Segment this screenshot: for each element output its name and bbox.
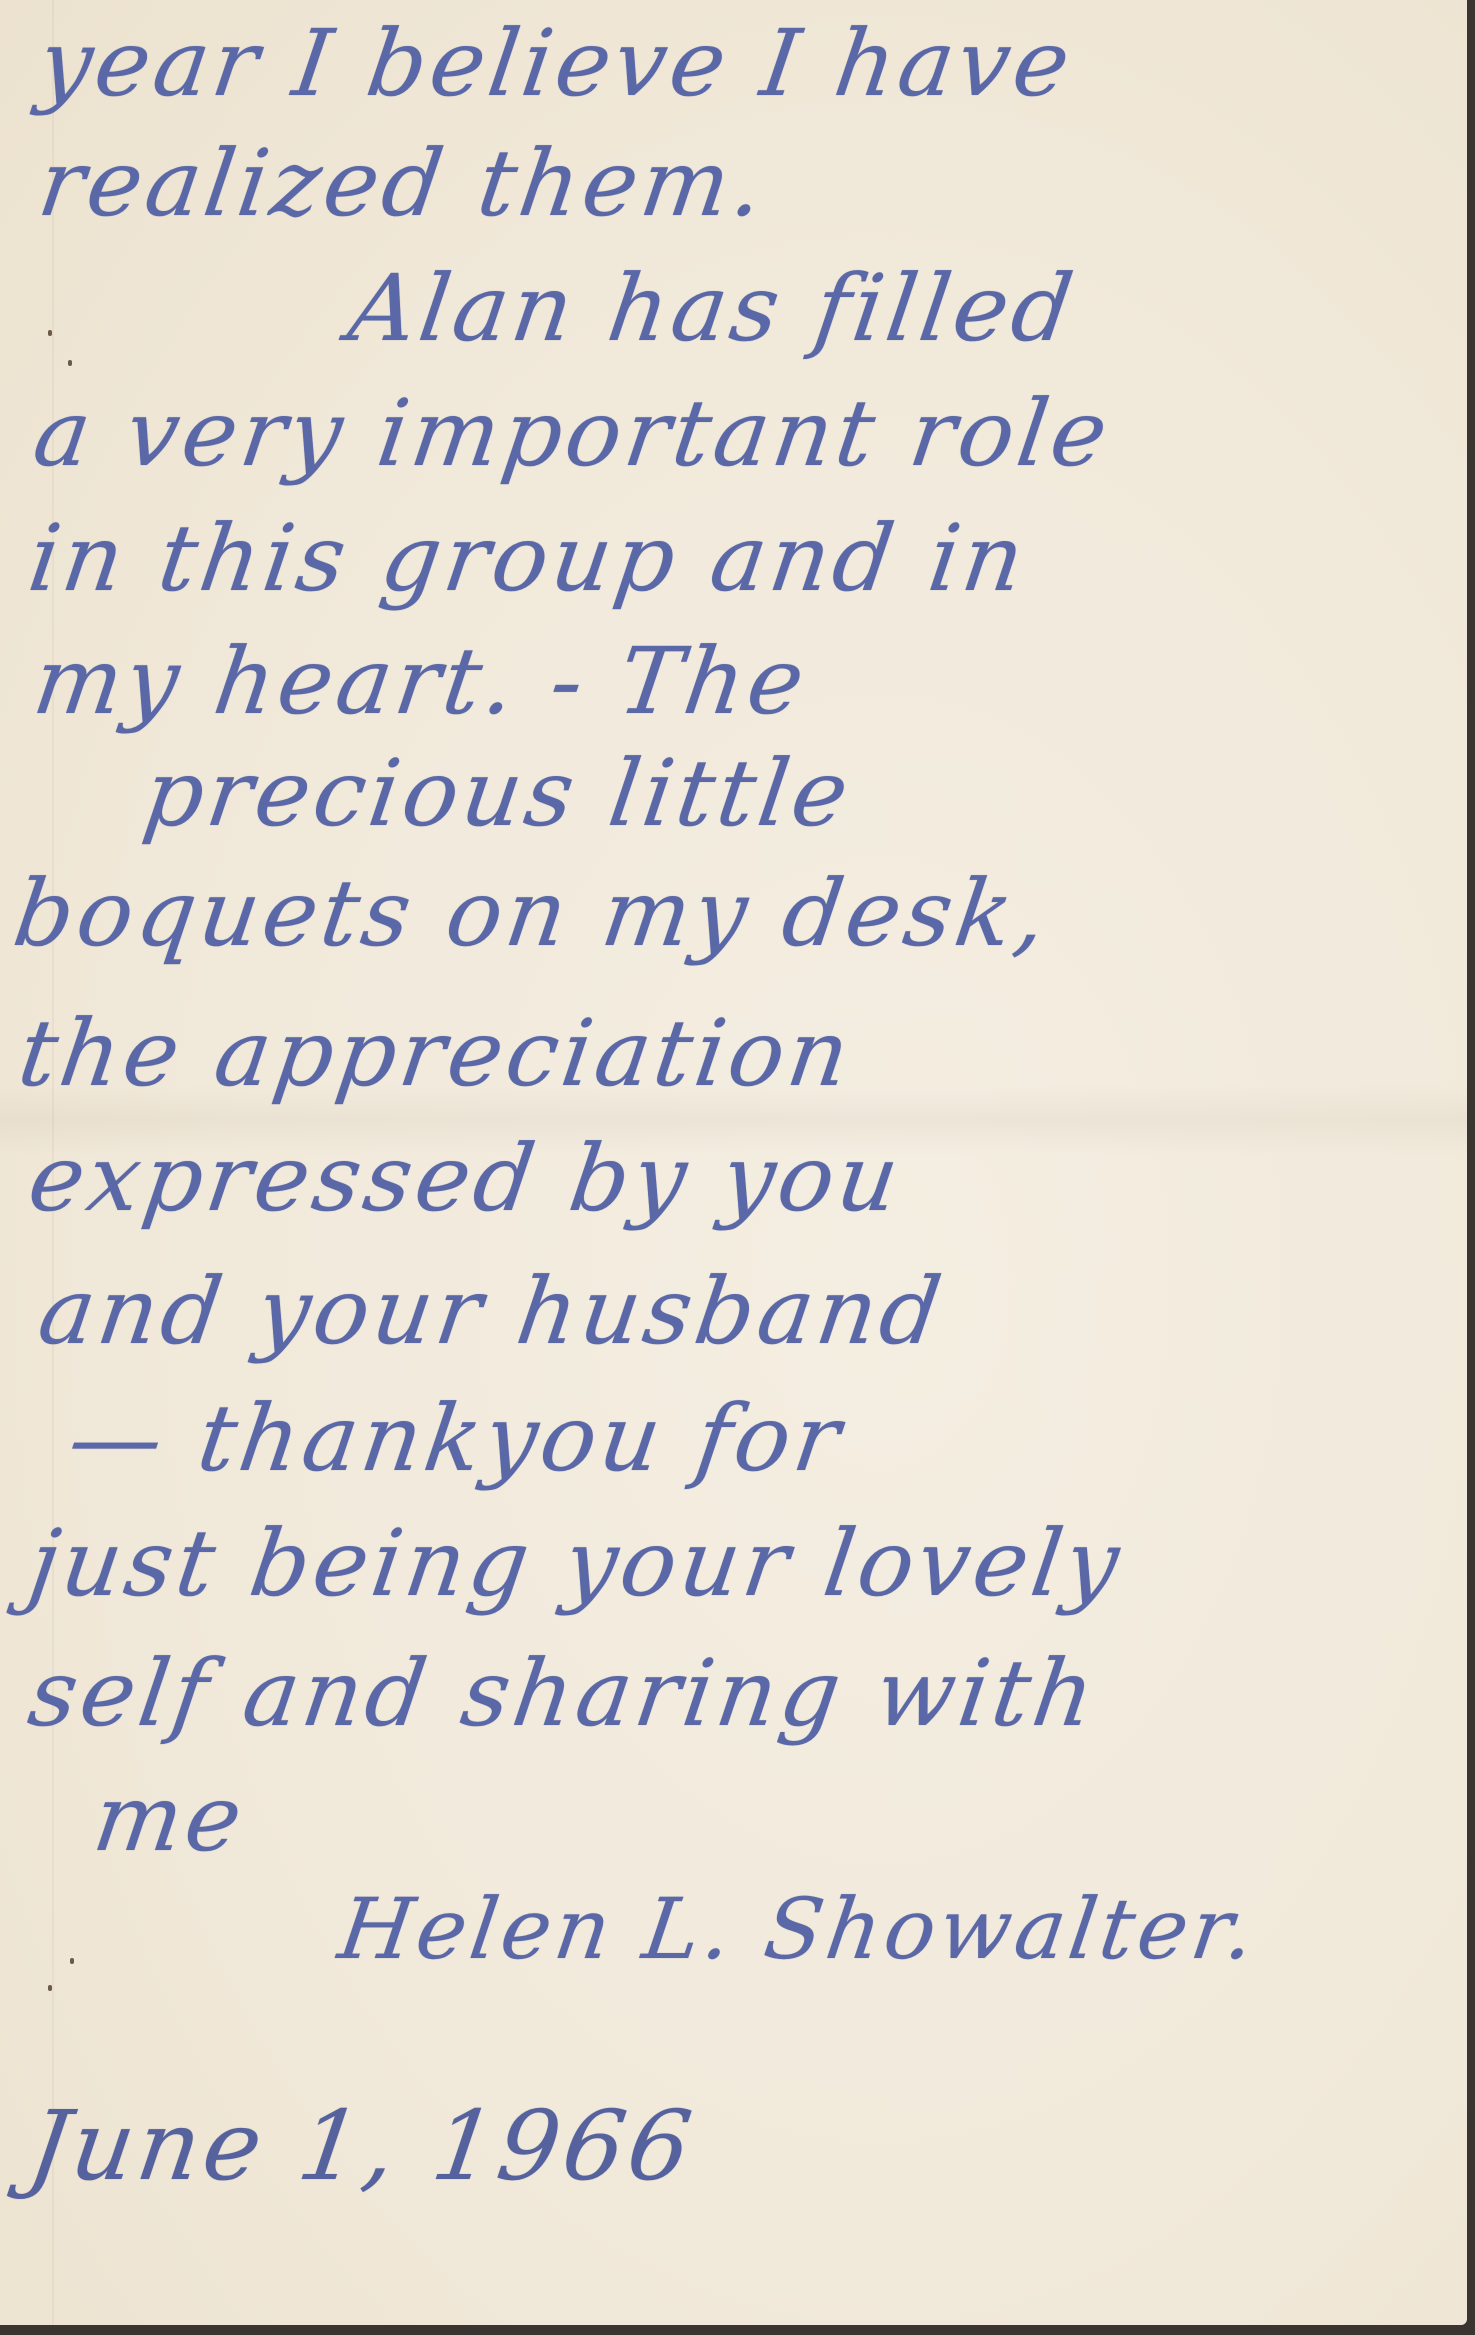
letter-line-7: precious little bbox=[137, 740, 858, 847]
letter-date: June 1, 1966 bbox=[22, 2090, 702, 2202]
letter-line-1: year I believe I have bbox=[32, 10, 1080, 117]
signature: Helen L. Showalter. bbox=[333, 1880, 1264, 1978]
letter-line-4: a very important role bbox=[27, 380, 1117, 487]
letter-line-13: just being your lovely bbox=[22, 1510, 1129, 1617]
letter-line-6: my heart. - The bbox=[27, 628, 814, 735]
binder-hole-mark bbox=[70, 1958, 74, 1964]
letter-line-8: boquets on my desk, bbox=[7, 860, 1056, 967]
letter-line-10: expressed by you bbox=[22, 1125, 908, 1232]
letter-line-9: the appreciation bbox=[12, 1000, 859, 1107]
letter-line-15: me bbox=[87, 1765, 252, 1872]
letter-line-3: Alan has filled bbox=[342, 255, 1082, 362]
letter-page: year I believe I have realized them. Ala… bbox=[0, 0, 1467, 2325]
binder-hole-mark bbox=[68, 360, 72, 366]
binder-hole-mark bbox=[48, 330, 52, 336]
letter-line-14: self and sharing with bbox=[22, 1640, 1104, 1747]
letter-line-2: realized them. bbox=[32, 130, 773, 237]
letter-line-5: in this group and in bbox=[22, 505, 1034, 612]
binder-hole-mark bbox=[48, 1985, 52, 1991]
letter-line-11: and your husband bbox=[32, 1258, 951, 1365]
letter-line-12: — thankyou for bbox=[62, 1385, 850, 1492]
